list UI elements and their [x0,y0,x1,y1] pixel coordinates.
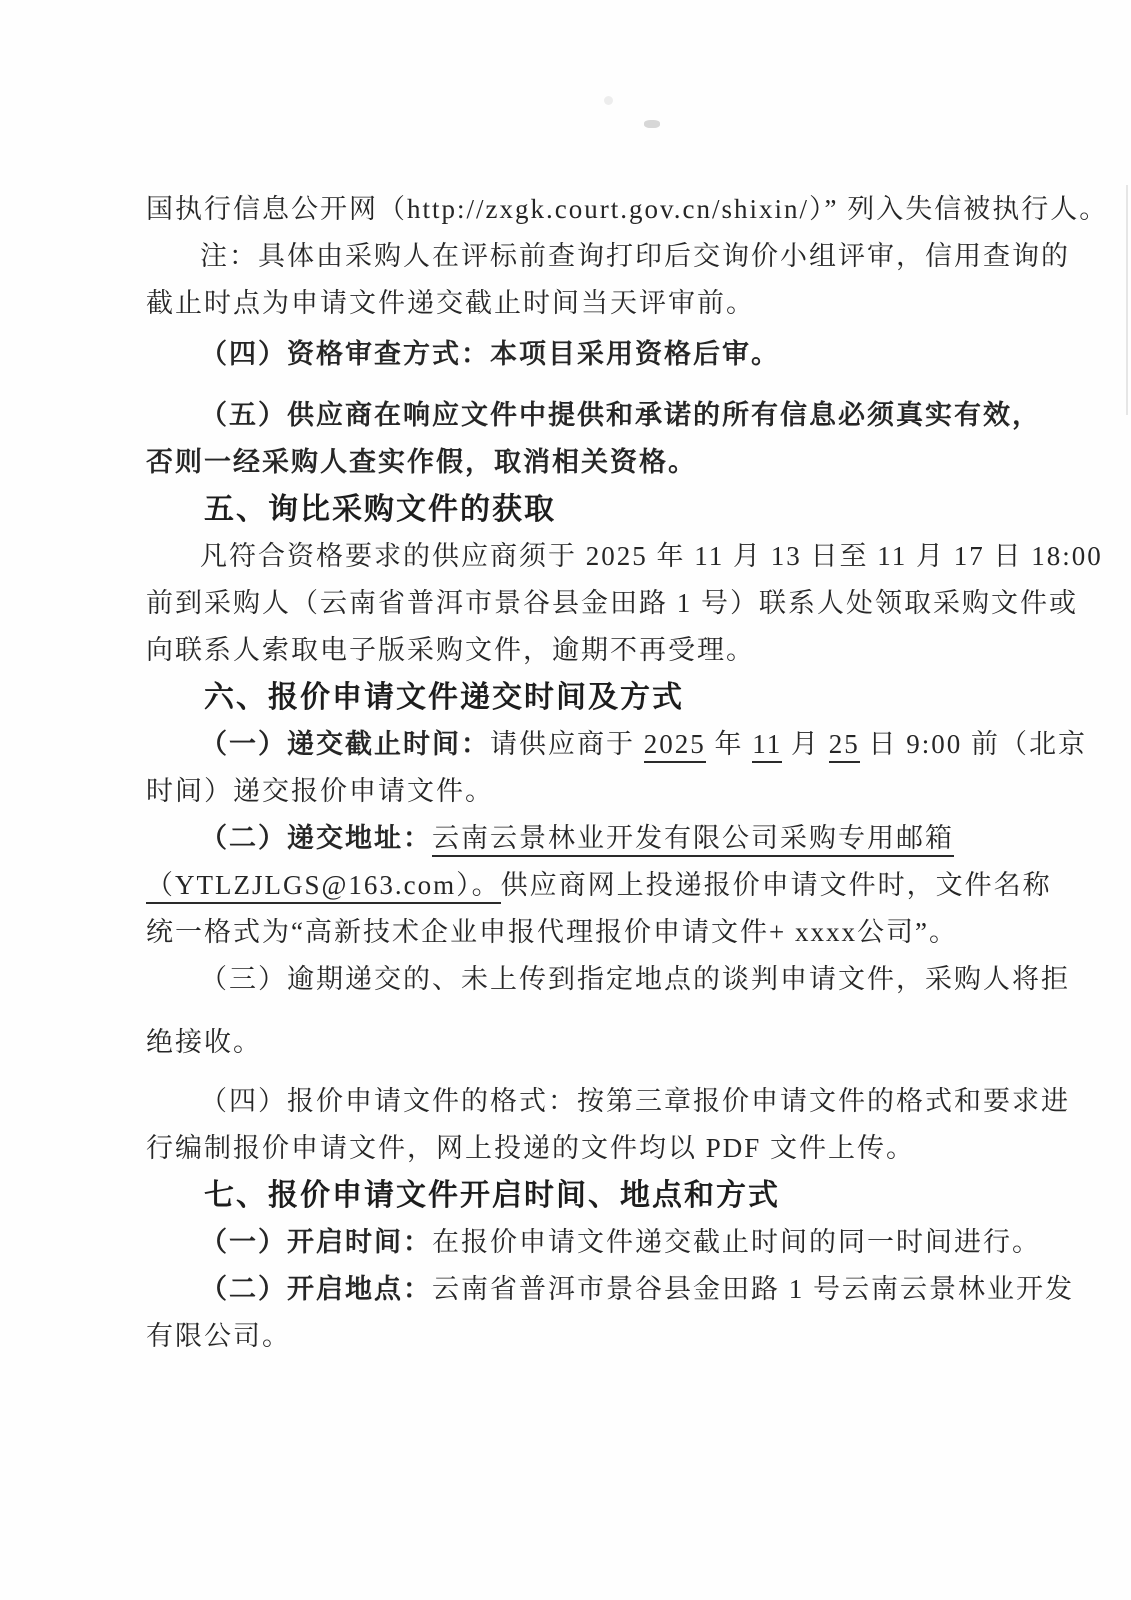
text-run: 有限公司。 [146,1321,291,1351]
line-address-2-email: （YTLZJLGS@163.com）。供应商网上投递报价申请文件时，文件名称 [146,862,994,909]
label-submission-deadline: （一）递交截止时间： [200,729,490,759]
line-address-1: （二）递交地址：云南云景林业开发有限公司采购专用邮箱 [146,815,994,862]
text-run: （三）逾期递交的、未上传到指定地点的谈判申请文件，采购人将拒 [200,964,1070,994]
document-page: 国执行信息公开网（http://zxgk.court.gov.cn/shixin… [0,0,1131,1600]
label-file-format: （四）报价申请文件的格式： [200,1086,577,1116]
text-run: （四）资格审查方式：本项目采用资格后审。 [200,339,780,369]
scan-speck [604,96,613,105]
text-run: 统一格式为“高新技术企业申报代理报价申请文件+ xxxx公司”。 [146,917,958,947]
line-item-4-file-format-1: （四）报价申请文件的格式：按第三章报价申请文件的格式和要求进 [146,1078,994,1125]
text-run: 向联系人索取电子版采购文件，逾期不再受理。 [146,635,755,665]
underlined-day: 25 [829,729,860,763]
text-run: 绝接收。 [146,1027,262,1057]
line-opening-place-1: （二）开启地点：云南省普洱市景谷县金田路 1 号云南云景林业开发 [146,1266,994,1313]
underlined-year: 2025 [644,729,706,763]
text-run: 截止时点为申请文件递交截止时间当天评审前。 [146,288,755,318]
section-heading-5-document-acquisition: 五、询比采购文件的获取 [146,486,994,533]
text-run: （五）供应商在响应文件中提供和承诺的所有信息必须真实有效， [200,400,1041,430]
label-submission-address: （二）递交地址： [200,823,432,853]
text-run: 凡符合资格要求的供应商须于 2025 年 11 月 13 日至 11 月 17 … [200,541,1103,571]
text-run: 国执行信息公开网（http://zxgk.court.gov.cn/shixin… [146,194,1108,224]
underlined-month: 11 [752,729,782,763]
label-opening-time: （一）开启时间： [200,1227,432,1257]
section-heading-6-submission-time-method: 六、报价申请文件递交时间及方式 [146,674,994,721]
text-run: 按第三章报价申请文件的格式和要求进 [577,1086,1070,1116]
text-run: 月 [782,729,829,759]
line-item-5-truthful-info-2: 否则一经采购人查实作假，取消相关资格。 [146,439,994,486]
text-run: 日 9:00 前（北京 [860,729,1087,759]
line-deadline-1: （一）递交截止时间：请供应商于 2025 年 11 月 25 日 9:00 前（… [146,721,994,768]
line-item-5-truthful-info-1: （五）供应商在响应文件中提供和承诺的所有信息必须真实有效， [146,392,994,439]
line-acquisition-3: 向联系人索取电子版采购文件，逾期不再受理。 [146,627,994,674]
line-acquisition-2: 前到采购人（云南省普洱市景谷县金田路 1 号）联系人处领取采购文件或 [146,580,994,627]
text-run: 请供应商于 [490,729,644,759]
heading-text: 六、报价申请文件递交时间及方式 [204,681,684,714]
line-item-4-qualification-review: （四）资格审查方式：本项目采用资格后审。 [146,331,994,378]
text-run: 注：具体由采购人在评标前查询打印后交询价小组评审，信用查询的 [200,241,1070,271]
line-credit-site-url: 国执行信息公开网（http://zxgk.court.gov.cn/shixin… [146,186,994,233]
heading-text: 五、询比采购文件的获取 [204,493,556,526]
line-note-1: 注：具体由采购人在评标前查询打印后交询价小组评审，信用查询的 [146,233,994,280]
text-run: 前到采购人（云南省普洱市景谷县金田路 1 号）联系人处领取采购文件或 [146,588,1078,618]
scan-speck [644,120,660,128]
label-opening-place: （二）开启地点： [200,1274,432,1304]
line-opening-time: （一）开启时间：在报价申请文件递交截止时间的同一时间进行。 [146,1219,994,1266]
line-item-3-late-submission-1: （三）逾期递交的、未上传到指定地点的谈判申请文件，采购人将拒 [146,956,994,1003]
text-run: 否则一经采购人查实作假，取消相关资格。 [146,447,697,477]
text-run: 行编制报价申请文件，网上投递的文件均以 PDF 文件上传。 [146,1133,915,1163]
scan-edge-streak [1126,185,1128,415]
text-run: 时间）递交报价申请文件。 [146,776,494,806]
text-run: 云南省普洱市景谷县金田路 1 号云南云景林业开发 [432,1274,1074,1304]
line-deadline-2: 时间）递交报价申请文件。 [146,768,994,815]
text-run: 年 [706,729,753,759]
underlined-email: （YTLZJLGS@163.com）。 [146,870,501,904]
line-file-naming-format: 统一格式为“高新技术企业申报代理报价申请文件+ xxxx公司”。 [146,909,994,956]
line-acquisition-1: 凡符合资格要求的供应商须于 2025 年 11 月 13 日至 11 月 17 … [146,533,994,580]
heading-text: 七、报价申请文件开启时间、地点和方式 [204,1179,780,1212]
line-item-3-late-submission-2: 绝接收。 [146,1019,994,1066]
underlined-company-mailbox: 云南云景林业开发有限公司采购专用邮箱 [432,823,954,857]
line-item-4-file-format-2: 行编制报价申请文件，网上投递的文件均以 PDF 文件上传。 [146,1125,994,1172]
document-body: 国执行信息公开网（http://zxgk.court.gov.cn/shixin… [146,186,994,1360]
line-note-2: 截止时点为申请文件递交截止时间当天评审前。 [146,280,994,327]
text-run: 在报价申请文件递交截止时间的同一时间进行。 [432,1227,1041,1257]
text-run: 供应商网上投递报价申请文件时，文件名称 [501,870,1052,900]
line-opening-place-2: 有限公司。 [146,1313,994,1360]
section-heading-7-opening-time-place: 七、报价申请文件开启时间、地点和方式 [146,1172,994,1219]
